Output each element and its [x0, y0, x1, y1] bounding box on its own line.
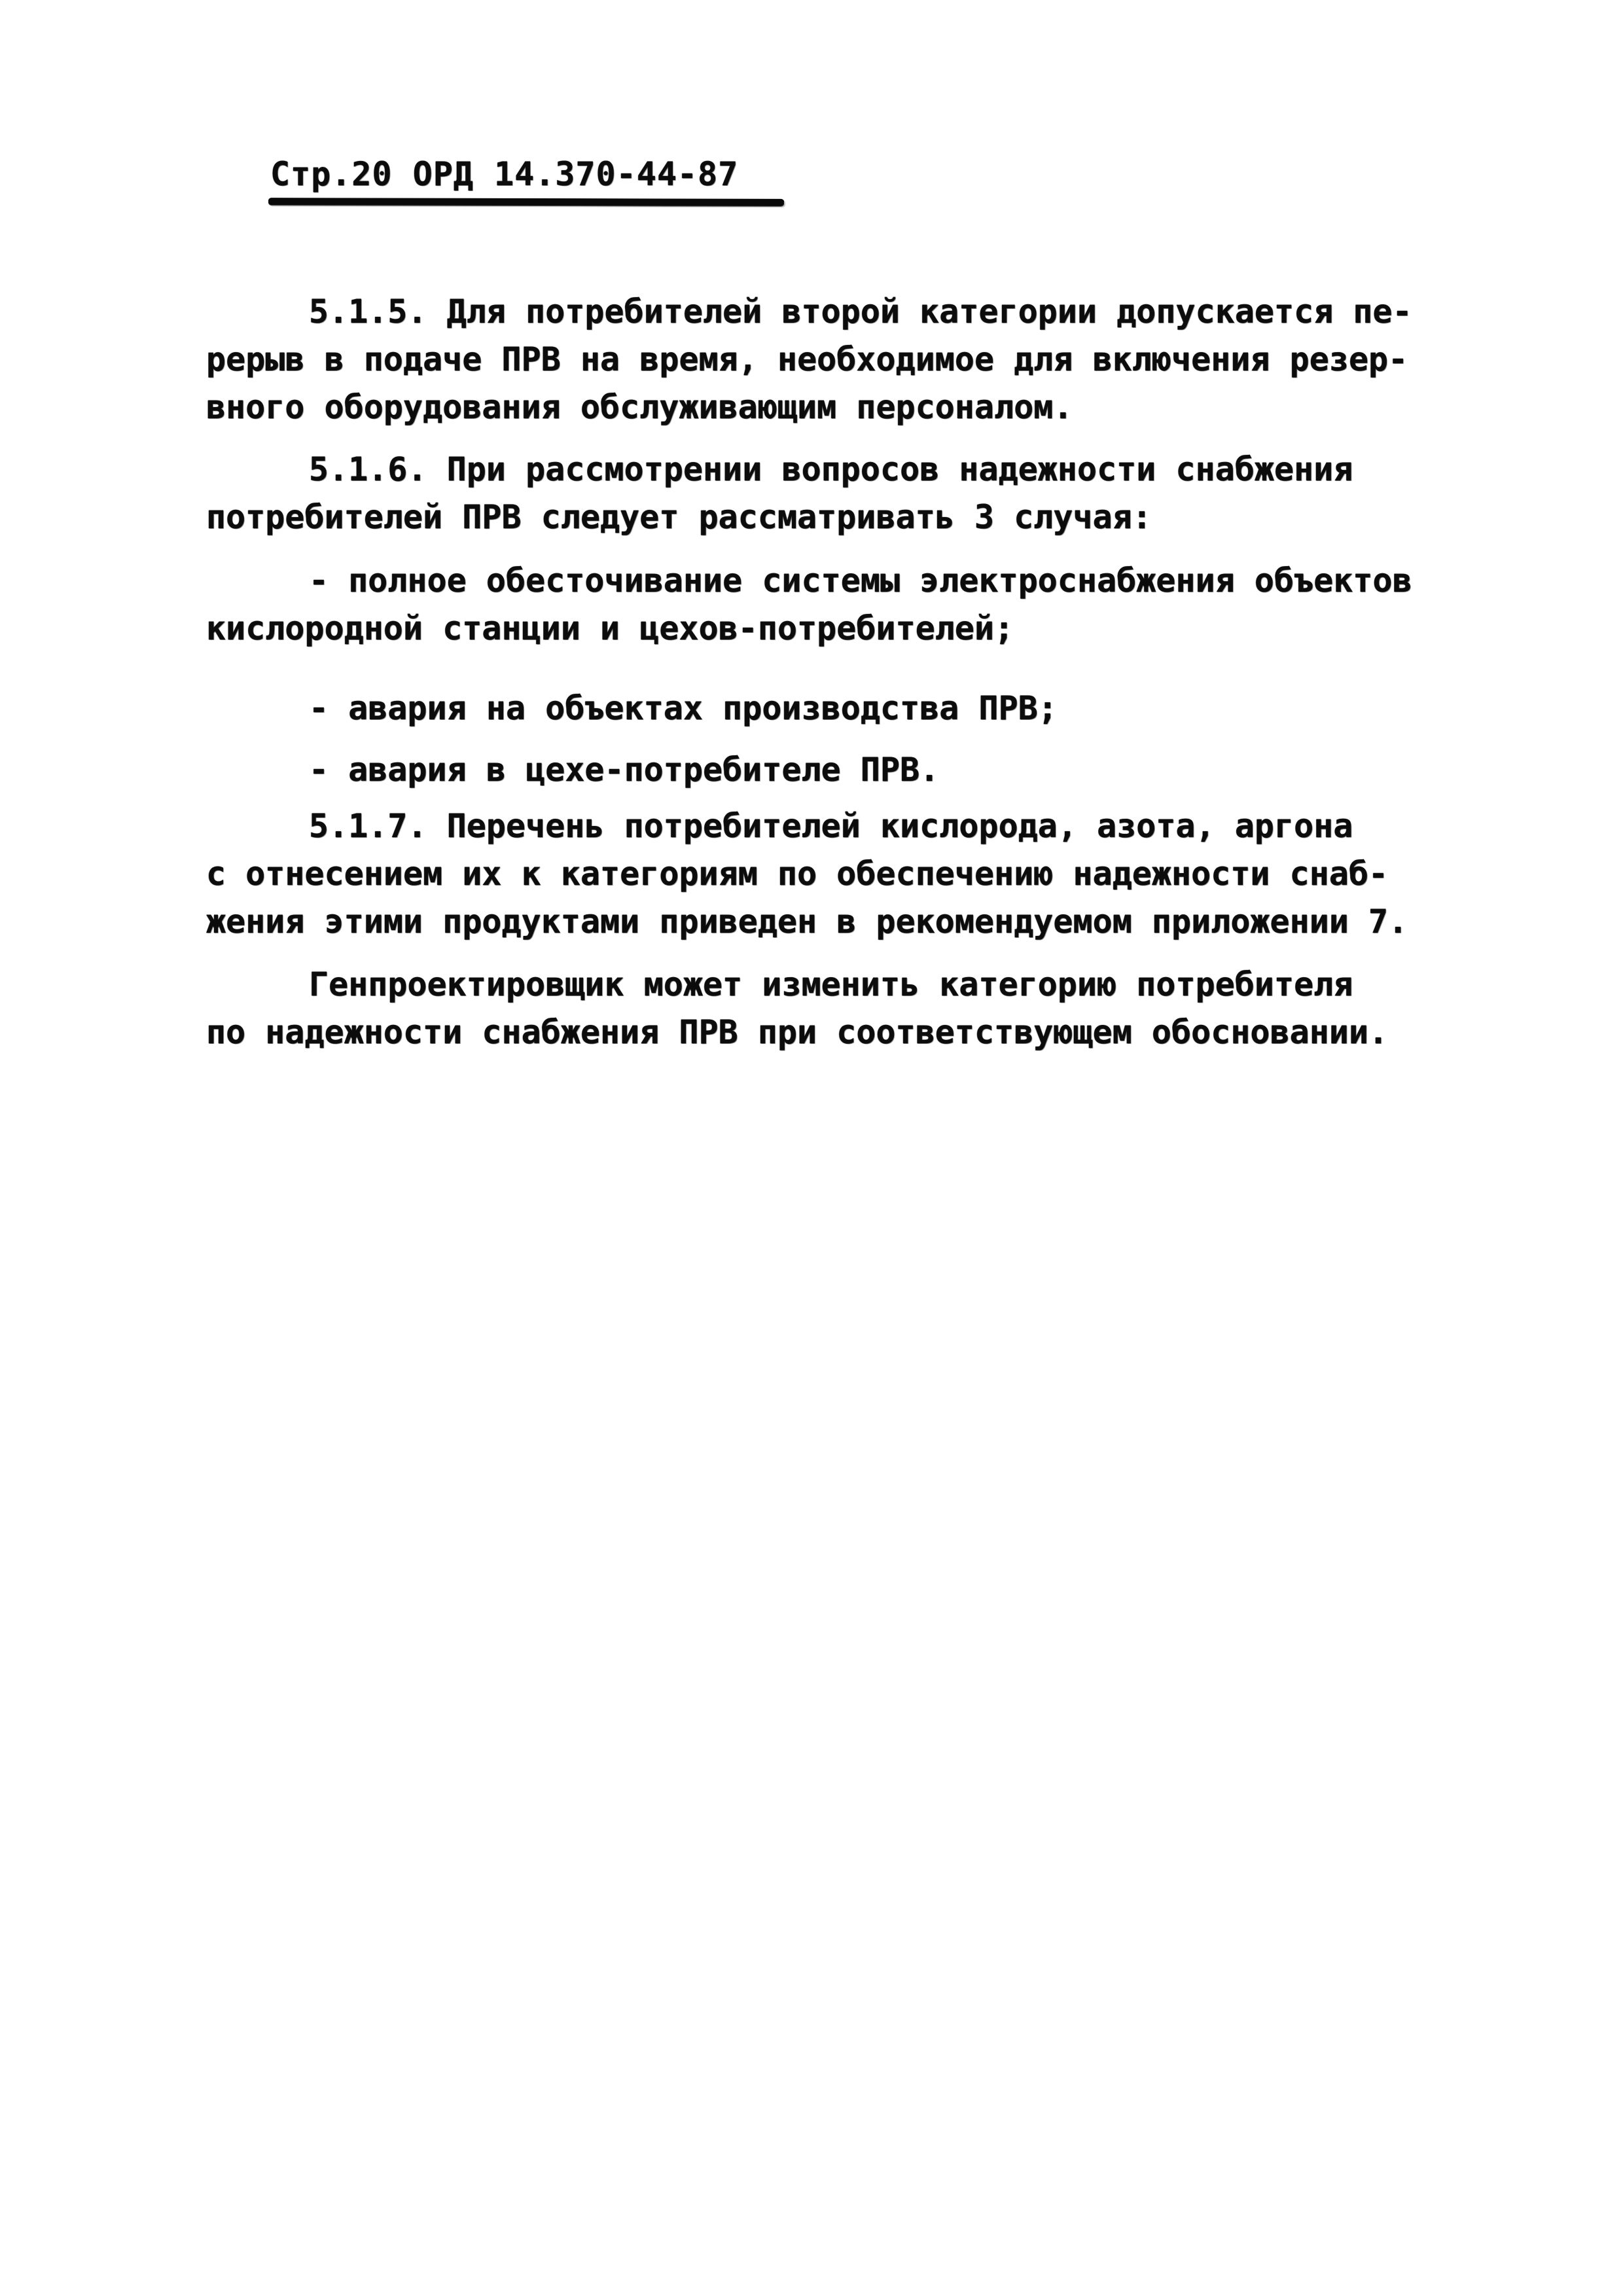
bullet-item-1: - полное обесточивание системы электросн… — [206, 557, 1463, 653]
document-page: Стр.20 ОРД 14.370-44-87 5.1.5. Для потре… — [0, 0, 1623, 2296]
paragraph-5-1-5: 5.1.5. Для потребителей второй категории… — [206, 288, 1463, 431]
page-header: Стр.20 ОРД 14.370-44-87 — [270, 154, 738, 194]
page-header-text: Стр.20 ОРД 14.370-44-87 — [270, 155, 738, 193]
bullet-item-2: - авария на объектах производства ПРВ; — [206, 685, 1463, 732]
paragraph-final: Генпроектировщик может изменить категори… — [206, 961, 1463, 1056]
bullet-item-3: - авария в цехе-потребителе ПРВ. — [206, 746, 1463, 794]
header-underline — [268, 198, 784, 206]
paragraph-5-1-7: 5.1.7. Перечень потребителей кислорода, … — [206, 802, 1463, 946]
paragraph-5-1-6: 5.1.6. При рассмотрении вопросов надежно… — [206, 446, 1463, 541]
